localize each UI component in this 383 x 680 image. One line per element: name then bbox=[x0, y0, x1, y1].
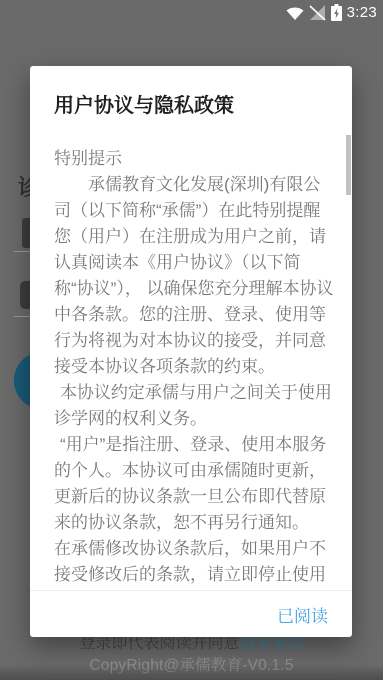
agreement-paragraph: “用户”是指注册、登录、使用本服务的个人。本协议可由承儒随时更新，更新后的协议条… bbox=[54, 432, 336, 536]
scrollbar-thumb[interactable] bbox=[346, 135, 351, 195]
user-agreement-dialog: 用户协议与隐私政策 特别提示 承儒教育文化发展(深圳)有限公司（以下简称“承儒”… bbox=[30, 66, 352, 637]
background-heading-fragment: 诊 bbox=[18, 171, 30, 202]
agreement-paragraph: 承儒教育文化发展(深圳)有限公司（以下简称“承儒”）在此特别提醒您（用户）在注册… bbox=[54, 172, 336, 380]
terms-prefix-text: 登录即代表阅读并同意 bbox=[79, 635, 239, 652]
confirm-read-button[interactable]: 已阅读 bbox=[275, 596, 330, 633]
terms-link[interactable]: 服务条款 bbox=[240, 635, 304, 652]
dialog-footer: 已阅读 bbox=[30, 590, 352, 637]
cell-signal-off-icon bbox=[309, 5, 326, 21]
agreement-scroll-area[interactable]: 特别提示 承儒教育文化发展(深圳)有限公司（以下简称“承儒”）在此特别提醒您（用… bbox=[30, 146, 352, 590]
wifi-icon bbox=[286, 5, 304, 21]
dialog-title: 用户协议与隐私政策 bbox=[30, 66, 352, 120]
status-time: 3:23 bbox=[347, 4, 377, 21]
app-screen: 3:23 诊 登录即代表阅读并同意服务条款 CopyRight@承儒教育-V0.… bbox=[0, 0, 383, 680]
battery-charging-icon bbox=[331, 4, 342, 21]
notice-heading: 特别提示 bbox=[54, 146, 336, 172]
bottom-gradient bbox=[0, 664, 383, 680]
agreement-paragraph: 本协议约定承儒与用户之间关于使用诊学网的权利义务。 bbox=[54, 380, 336, 432]
agreement-paragraph: 在承儒修改协议条款后，如果用户不接受修改后的条款，请立即停止使用承儒提供的服务，… bbox=[54, 536, 336, 590]
status-bar: 3:23 bbox=[0, 0, 383, 25]
